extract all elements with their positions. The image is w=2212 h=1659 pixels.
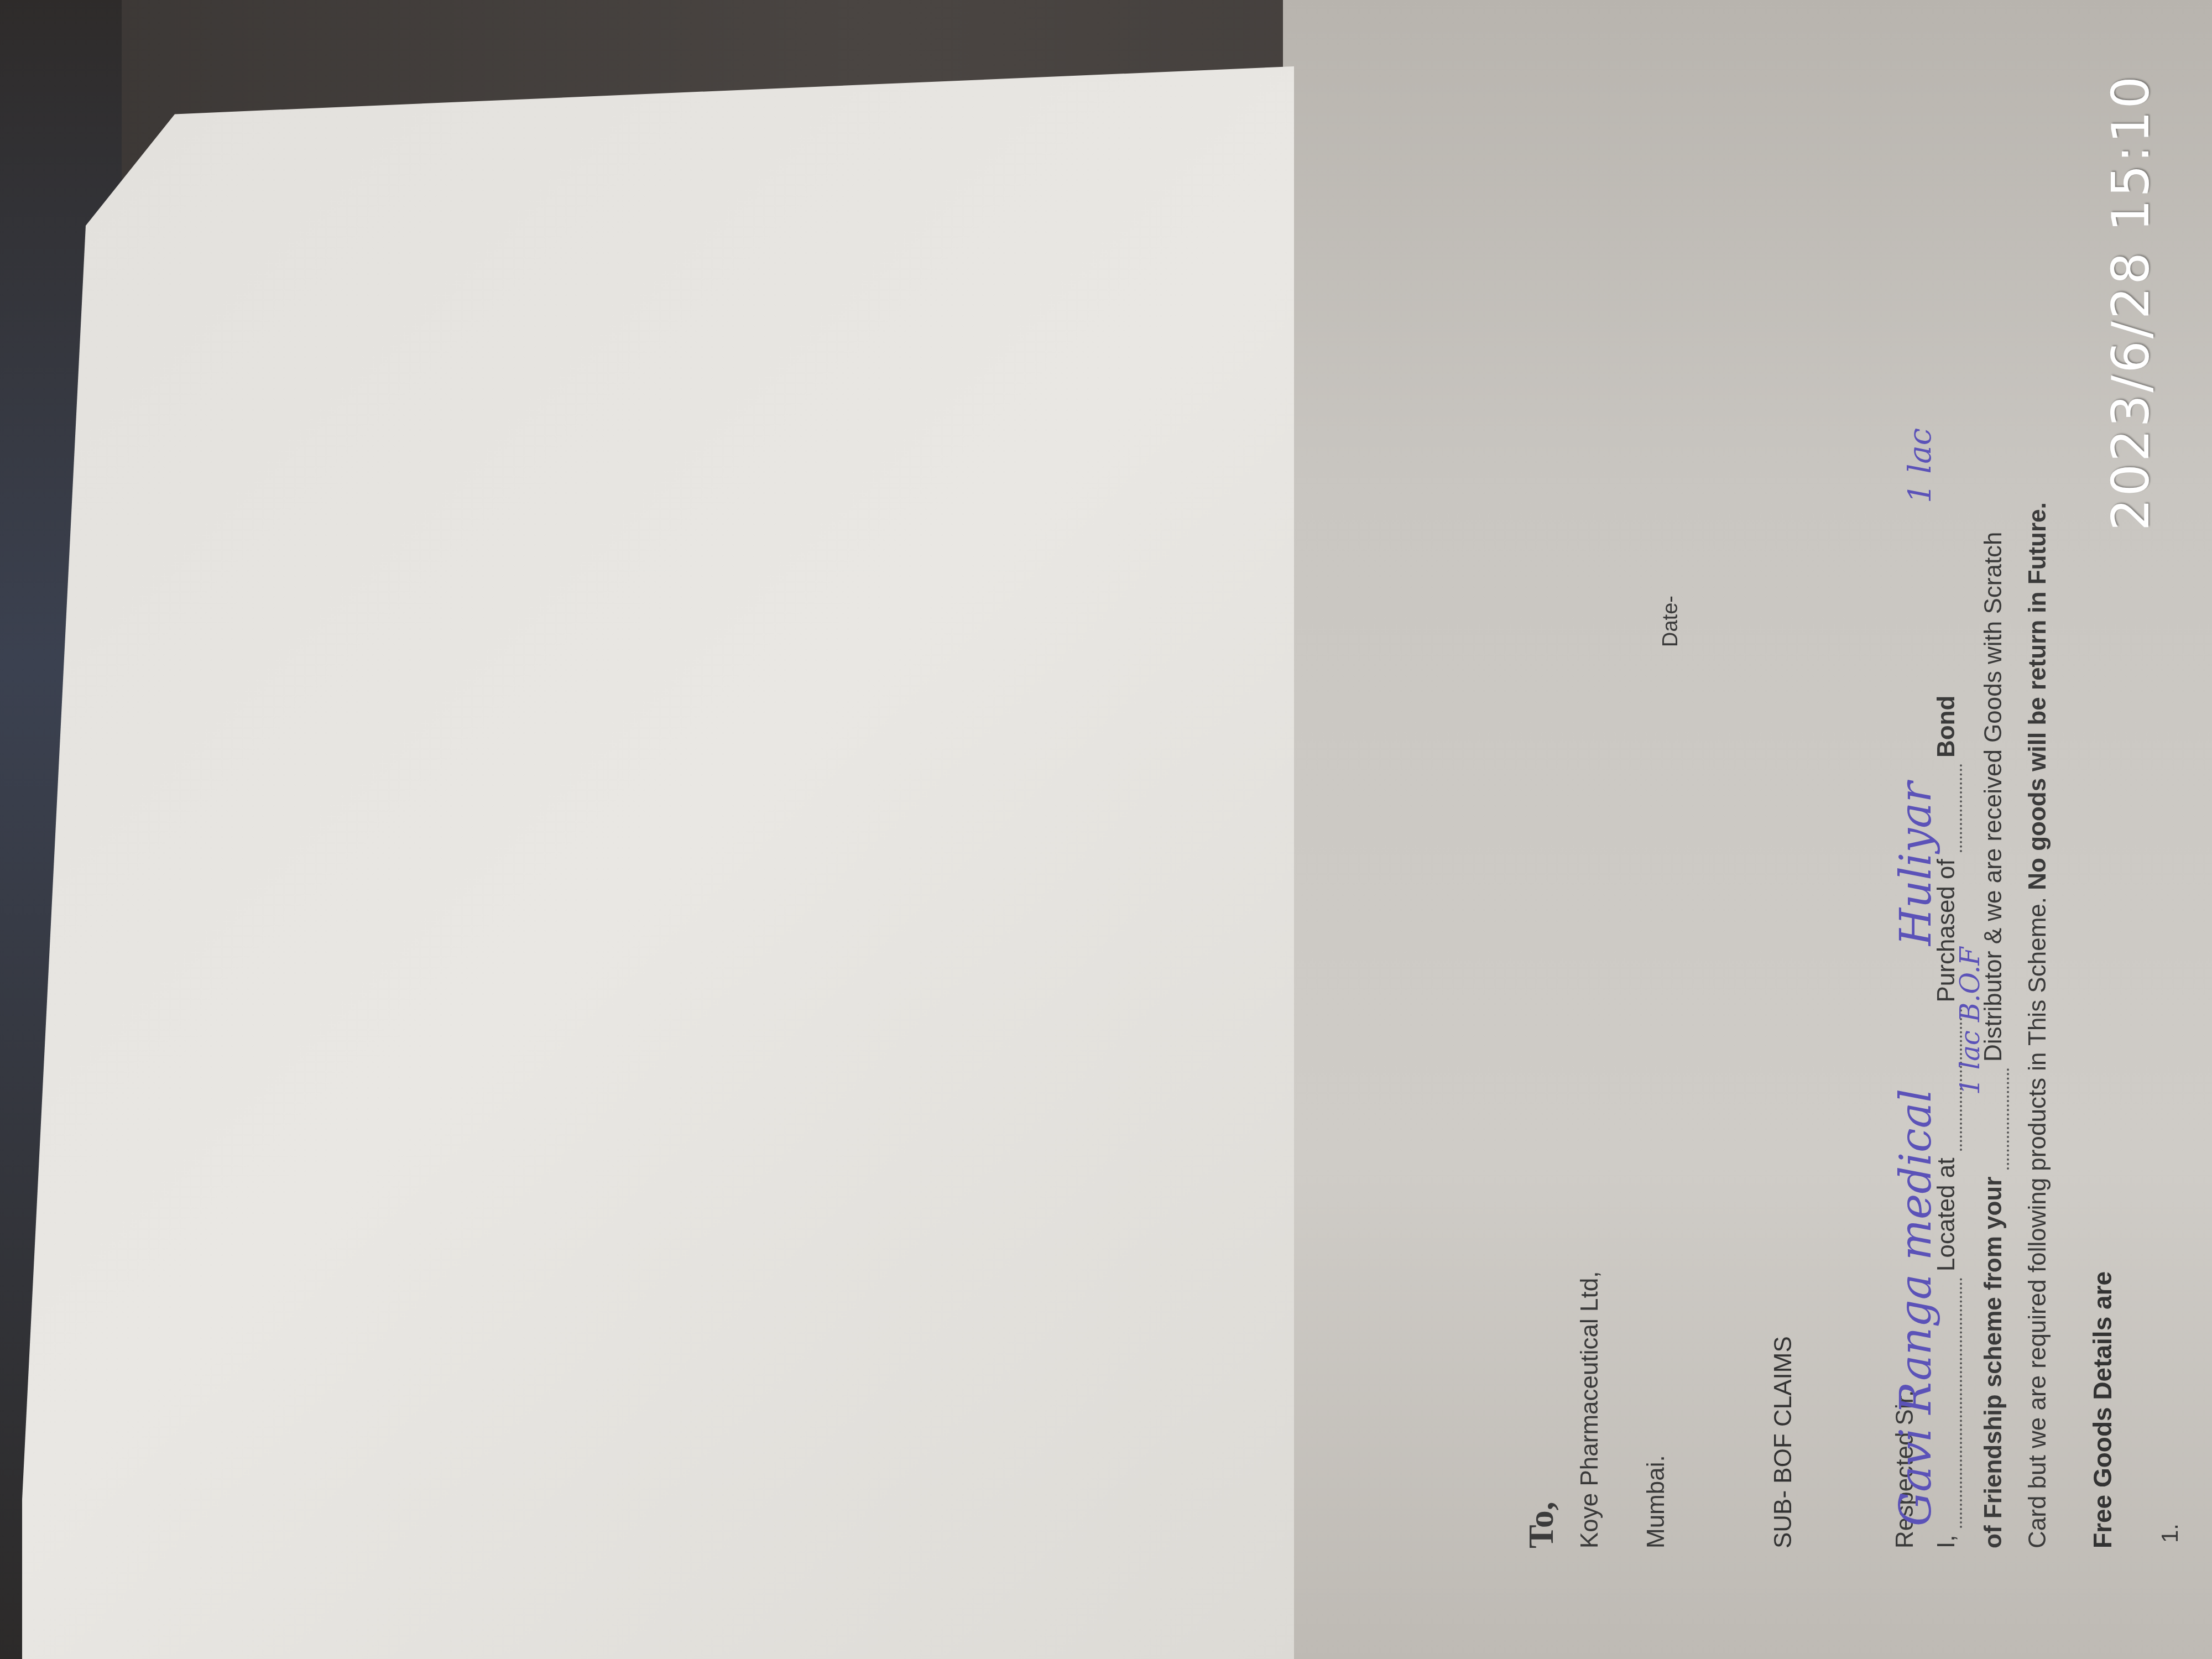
line3-bold: No goods will be return in Future.	[2024, 502, 2051, 890]
body-line-3: Card but we are required following produ…	[2024, 502, 2052, 1548]
free-goods-item: 1.	[2157, 1524, 2183, 1543]
line1-suffix: Bond	[1933, 696, 1960, 758]
handwritten-amount: 1 lac	[1902, 428, 1938, 503]
handwritten-scheme: 1 lac B.O.F	[1955, 947, 1986, 1095]
addressee-company: Koye Pharmaceutical Ltd,	[1576, 1271, 1604, 1548]
line3-text: Card but we are required following produ…	[2024, 897, 2051, 1548]
line2-prefix: of Friendship scheme from your	[1980, 1177, 2007, 1548]
free-goods-heading: Free Goods Details are	[2088, 1271, 2117, 1548]
handwritten-location: Huliyar	[1891, 782, 1941, 946]
addressee-city: Mumbai.	[1642, 1455, 1670, 1548]
date-label: Date-	[1659, 596, 1683, 647]
line1-prefix: I,	[1933, 1535, 1960, 1548]
handwritten-retailer-name: Gavi Ranga medical	[1891, 1089, 1941, 1526]
document-page: To, Koye Pharmaceutical Ltd, Mumbai. Dat…	[1316, 77, 2212, 1571]
to-heading: To,	[1521, 1501, 1562, 1548]
document-sheet	[22, 66, 1294, 1659]
photo-timestamp: 2023/6/28 15:10	[2101, 74, 2161, 531]
subject-line: SUB- BOF CLAIMS	[1770, 1336, 1797, 1548]
